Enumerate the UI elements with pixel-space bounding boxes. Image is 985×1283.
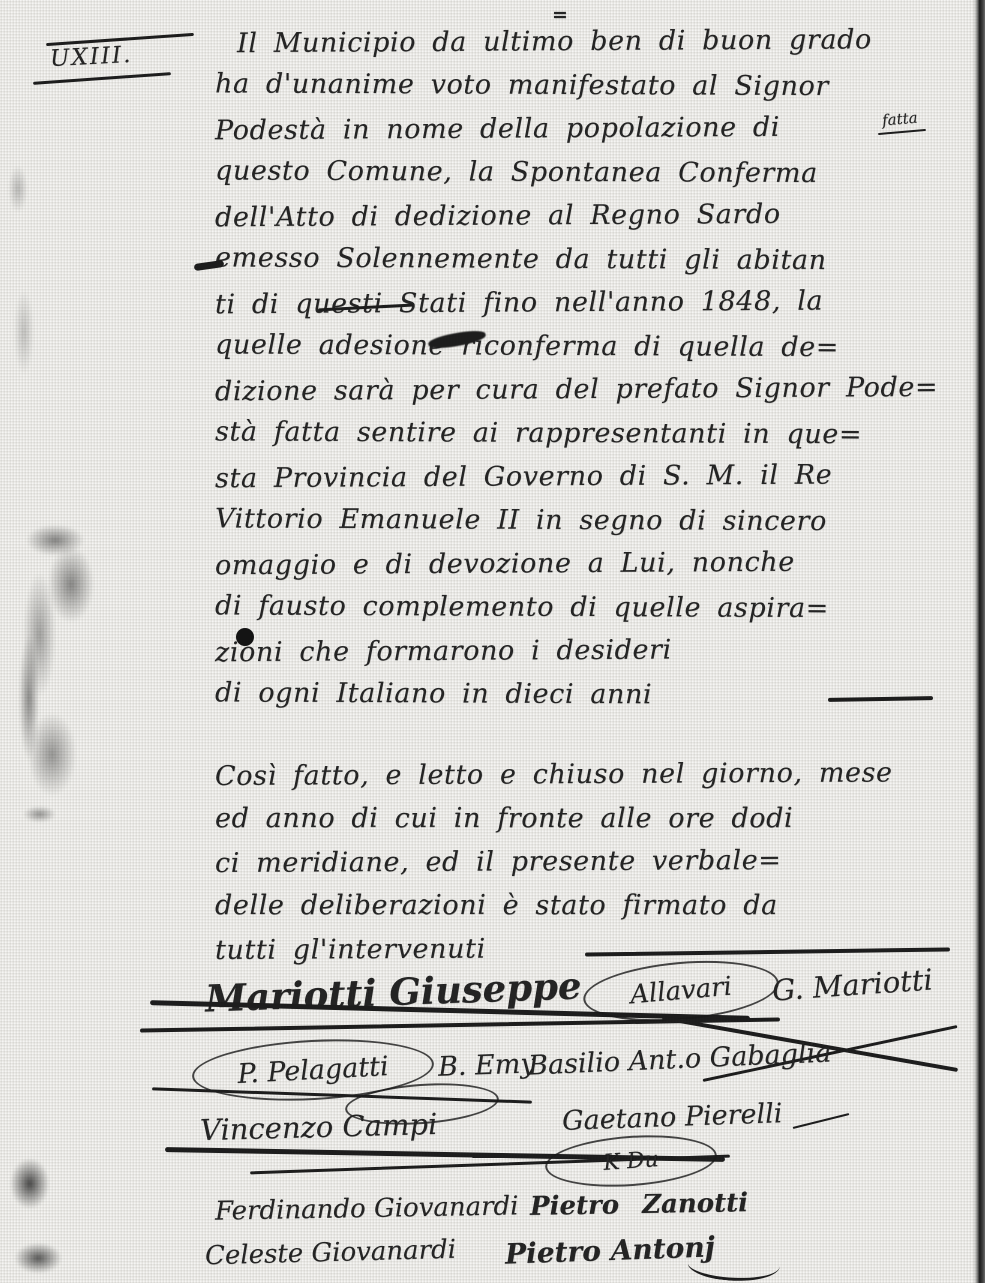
text-line: Così fatto, e letto e chiuso nel giorno,…: [215, 751, 960, 798]
text-line: sta Provincia del Governo di S. M. il Re: [215, 453, 960, 501]
signature: Gaetano Pierelli: [562, 1098, 783, 1137]
edge-smudge: [0, 1145, 85, 1283]
signature: P. Pelagatti: [237, 1051, 390, 1090]
text-line: Vittorio Emanuele II in segno di sincero: [215, 497, 960, 544]
signature: Pietro Zanotti: [530, 1188, 749, 1222]
signature: Ferdinando Giovanardi: [215, 1191, 519, 1226]
margin-note-underline: [33, 72, 171, 85]
edge-smudge: [2, 150, 42, 410]
text-line: ed anno di cui in fronte alle ore dodi: [215, 797, 960, 841]
text-line: Podestà in nome della popolazione di: [215, 105, 960, 153]
signature: Basilio Ant.o Gabaglia: [527, 1037, 831, 1081]
text-line: dizione sarà per cura del prefato Signor…: [215, 366, 960, 414]
text-line: di fausto complemento di quelle aspira=: [215, 584, 960, 631]
signature: B. Emy: [437, 1048, 536, 1082]
signature-flourish: [472, 1156, 527, 1158]
edge-smudge: [8, 515, 113, 830]
signature: Vincenzo Campi: [200, 1107, 438, 1147]
text-line: zioni che formarono i desideri: [215, 627, 960, 675]
document-page: UXIII. = fatta Il Municipio da ultimo be…: [0, 0, 985, 1283]
text-line: Il Municipio da ultimo ben di buon grado: [215, 18, 960, 66]
text-line: quelle adesione riconferma di quella de=: [215, 323, 960, 370]
text-line: questo Comune, la Spontanea Conferma: [215, 149, 960, 196]
signature: Celeste Giovanardi: [205, 1235, 457, 1272]
text-line: stà fatta sentire ai rappresentanti in q…: [215, 410, 960, 457]
ink-dot: [236, 628, 254, 646]
signature-flourish: [687, 1243, 782, 1283]
text-line: ti di questi Stati fino nell'anno 1848, …: [215, 279, 960, 327]
text-line: ha d'unanime voto manifestato al Signor: [215, 62, 960, 109]
page-edge-shadow: [973, 0, 985, 1283]
signature-flourish: [793, 1113, 850, 1129]
margin-note: UXIII.: [49, 42, 133, 72]
signature-paraph: K Du: [603, 1147, 660, 1176]
signature: Allavari: [629, 972, 733, 1011]
paragraph-closing: Così fatto, e letto e chiuso nel giorno,…: [215, 753, 960, 971]
text-line: dell'Atto di dedizione al Regno Sardo: [215, 192, 960, 240]
text-line: omaggio e di devozione a Lui, nonche: [215, 540, 960, 588]
text-line: emesso Solennemente da tutti gli abitan: [215, 236, 960, 283]
signature: Pietro Antonj: [504, 1230, 715, 1270]
text-line: delle deliberazioni è stato firmato da: [215, 884, 960, 928]
paragraph-main: Il Municipio da ultimo ben di buon grado…: [215, 20, 960, 716]
text-line: ci meridiane, ed il presente verbale=: [215, 838, 960, 885]
signature-paraph-oval: K Du: [543, 1130, 718, 1192]
text-line: di ogni Italiano in dieci anni: [215, 671, 960, 718]
